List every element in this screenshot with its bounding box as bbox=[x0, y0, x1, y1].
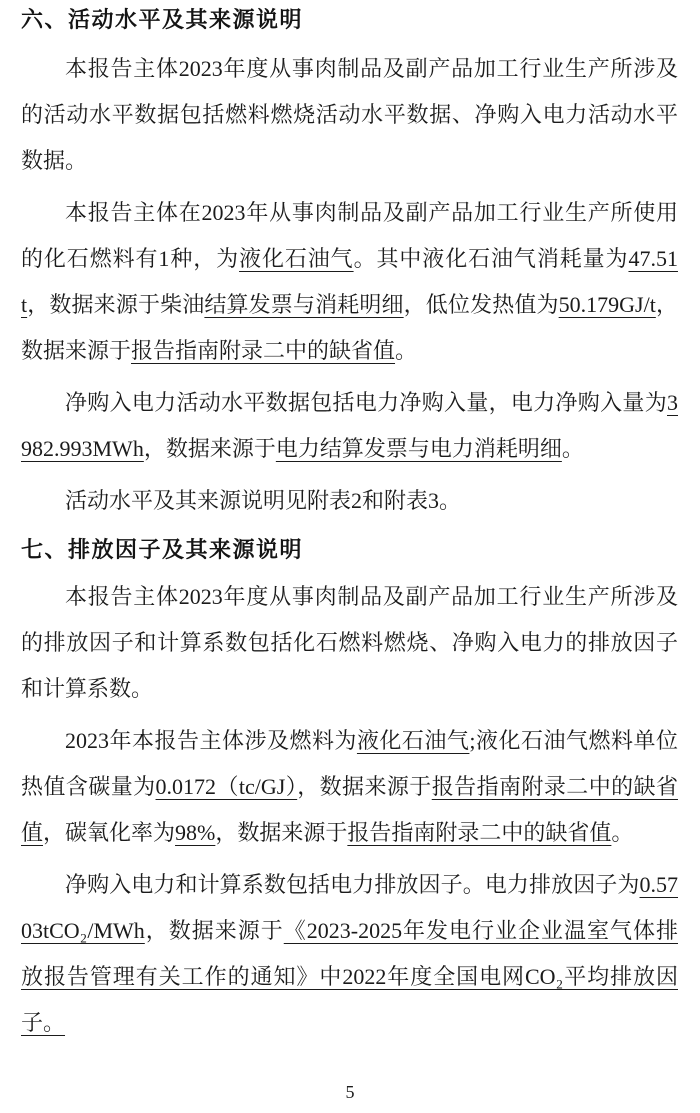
text-run: 。 bbox=[395, 338, 417, 363]
text-run: ，数据来源于 bbox=[145, 918, 284, 943]
paragraph-activity-overview: 本报告主体2023年度从事肉制品及副产品加工行业生产所涉及的活动水平数据包括燃料… bbox=[21, 46, 678, 184]
text-run: 本报告主体2023年度从事肉制品及副产品加工行业生产所涉及的活动水平数据包括燃料… bbox=[21, 56, 678, 173]
text-run: ，数据来源于 bbox=[297, 774, 432, 799]
text-run: 净购入电力和计算系数包括电力排放因子。电力排放因子为 bbox=[65, 872, 640, 897]
text-run: ，数据来源于 bbox=[215, 820, 347, 845]
page-number: 5 bbox=[0, 1080, 700, 1104]
paragraph-purchased-electricity-activity: 净购入电力活动水平数据包括电力净购入量，电力净购入量为3982.993MWh，数… bbox=[21, 380, 678, 472]
text-run: 2023年本报告主体涉及燃料为 bbox=[65, 728, 357, 753]
document-page: 六、活动水平及其来源说明 本报告主体2023年度从事肉制品及副产品加工行业生产所… bbox=[0, 0, 700, 1113]
section-heading-activity-level: 六、活动水平及其来源说明 bbox=[21, 0, 678, 40]
underlined-text: 结算发票与消耗明细 bbox=[204, 292, 403, 317]
paragraph-emission-overview: 本报告主体2023年度从事肉制品及副产品加工行业生产所涉及的排放因子和计算系数包… bbox=[21, 574, 678, 712]
underlined-text: 98% bbox=[175, 820, 215, 845]
text-run: ，数据来源于柴油 bbox=[27, 292, 204, 317]
underlined-text: 电力结算发票与电力消耗明细 bbox=[276, 436, 562, 461]
text-run: ，碳氧化率为 bbox=[43, 820, 175, 845]
underlined-text: 液化石油气 bbox=[357, 728, 469, 753]
text-run: 活动水平及其来源说明见附表2和附表3。 bbox=[65, 488, 461, 513]
underlined-text: 50.179GJ/t bbox=[559, 292, 656, 317]
text-run: ，低位发热值为 bbox=[404, 292, 559, 317]
paragraph-fuel-factors: 2023年本报告主体涉及燃料为液化石油气;液化石油气燃料单位热值含碳量为0.01… bbox=[21, 718, 678, 856]
paragraph-electricity-factor: 净购入电力和计算系数包括电力排放因子。电力排放因子为0.5703tCO₂/MWh… bbox=[21, 862, 678, 1046]
text-run: 。其中液化石油气消耗量为 bbox=[354, 246, 629, 271]
text-run: 净购入电力活动水平数据包括电力净购入量，电力净购入量为 bbox=[65, 390, 667, 415]
underlined-text: 液化石油气 bbox=[239, 246, 354, 271]
text-run: ，数据来源于 bbox=[144, 436, 276, 461]
underlined-text: 报告指南附录二中的缺省值 bbox=[347, 820, 611, 845]
text-run: 。 bbox=[611, 820, 633, 845]
paragraph-fossil-fuel: 本报告主体在2023年从事肉制品及副产品加工行业生产所使用的化石燃料有1种，为液… bbox=[21, 190, 678, 374]
text-run: 本报告主体2023年度从事肉制品及副产品加工行业生产所涉及的排放因子和计算系数包… bbox=[21, 584, 678, 701]
section-heading-emission-factor: 七、排放因子及其来源说明 bbox=[21, 530, 678, 570]
underlined-text: 报告指南附录二中的缺省值 bbox=[131, 338, 395, 363]
paragraph-activity-tables-ref: 活动水平及其来源说明见附表2和附表3。 bbox=[21, 478, 678, 524]
underlined-text: 0.0172（tc/GJ） bbox=[156, 774, 298, 799]
text-run: 。 bbox=[562, 436, 584, 461]
